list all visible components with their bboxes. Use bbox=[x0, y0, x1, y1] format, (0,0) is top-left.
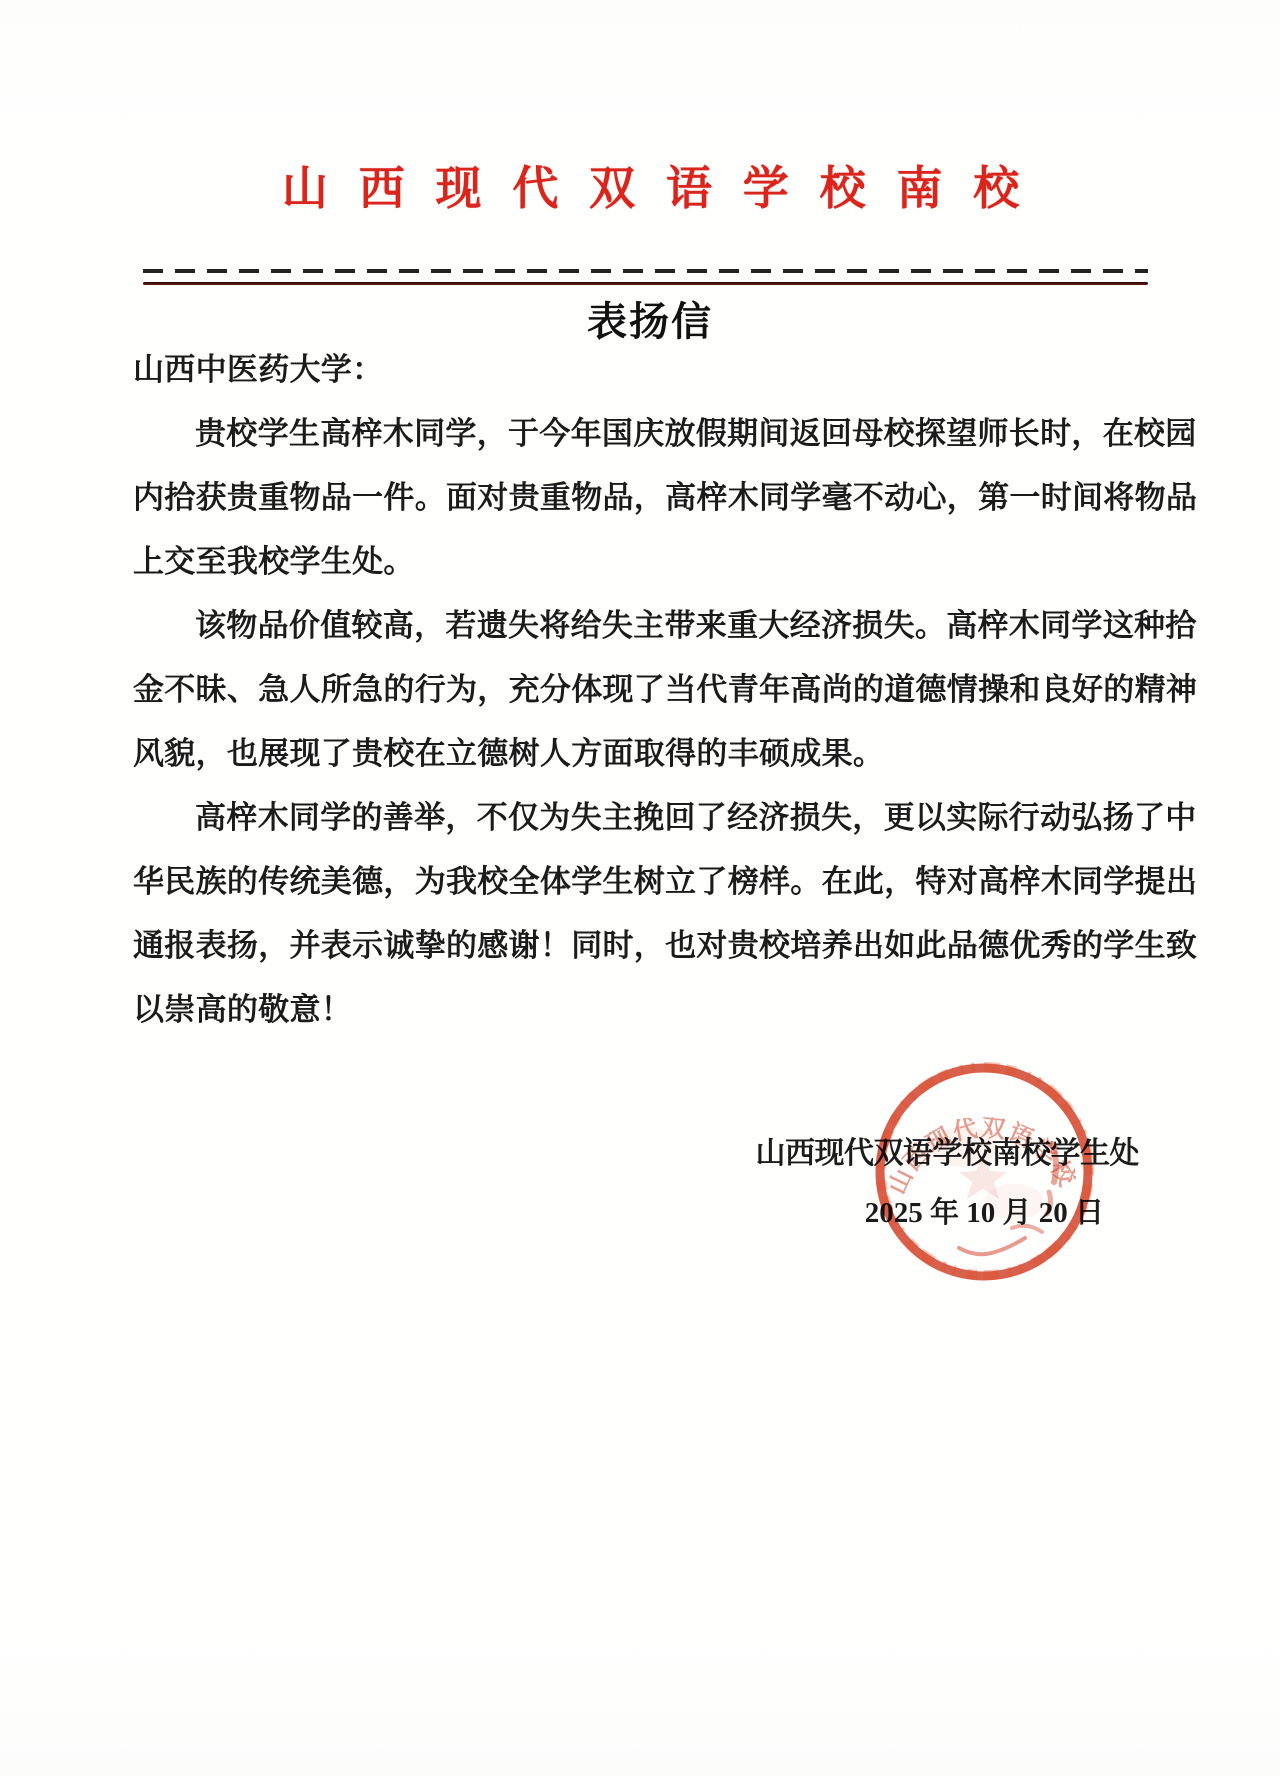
body-line: 高梓木同学的善举，不仅为失主挽回了经济损失，更以实际行动弘扬了中 bbox=[133, 786, 1123, 850]
letterhead-school-name: 山西现代双语学校南校 bbox=[26, 162, 1280, 214]
body-line: 以崇高的敬意！ bbox=[133, 978, 1123, 1042]
separator-solid-line bbox=[143, 282, 1148, 285]
date-line: 2025 年 10 月 20 日 bbox=[865, 1190, 1104, 1231]
body-line: 上交至我校学生处。 bbox=[133, 530, 1123, 594]
body-line: 风貌，也展现了贵校在立德树人方面取得的丰硕成果。 bbox=[133, 722, 1123, 786]
signature-line: 山西现代双语学校南校学生处 bbox=[756, 1128, 1140, 1172]
separator-dashed-line bbox=[143, 269, 1148, 273]
body-line: 通报表扬，并表示诚挚的感谢！同时，也对贵校培养出如此品德优秀的学生致 bbox=[133, 914, 1123, 978]
body-line: 内拾获贵重物品一件。面对贵重物品，高梓木同学毫不动心，第一时间将物品 bbox=[133, 466, 1123, 530]
recipient-line: 山西中医药大学： bbox=[133, 338, 1123, 402]
body-line: 该物品价值较高，若遗失将给失主带来重大经济损失。高梓木同学这种拾 bbox=[133, 594, 1123, 658]
body-line: 金不昧、急人所急的行为，充分体现了当代青年高尚的道德情操和良好的精神 bbox=[133, 658, 1123, 722]
letter-body: 山西中医药大学： 贵校学生高梓木同学，于今年国庆放假期间返回母校探望师长时，在校… bbox=[133, 338, 1123, 1042]
body-line: 贵校学生高梓木同学，于今年国庆放假期间返回母校探望师长时，在校园 bbox=[133, 402, 1123, 466]
body-line: 华民族的传统美德，为我校全体学生树立了榜样。在此，特对高梓木同学提出 bbox=[133, 850, 1123, 914]
